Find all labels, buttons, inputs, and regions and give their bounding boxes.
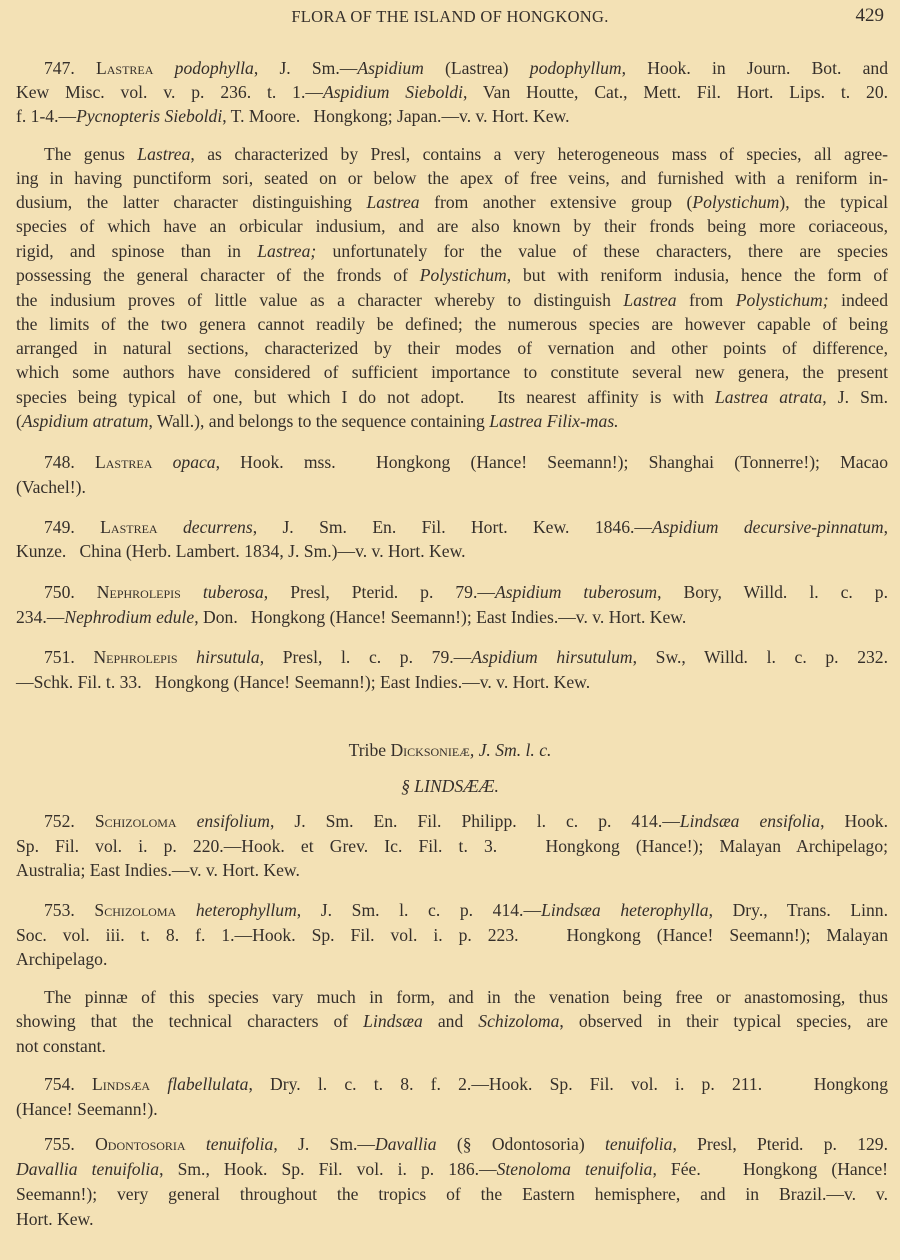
text-line: dusium, the latter character distinguish… [16,191,888,213]
text-line: 755. Odontosoria tenuifolia, J. Sm.—Dava… [44,1133,888,1155]
text-line: Soc. vol. iii. t. 8. f. 1.—Hook. Sp. Fil… [16,924,888,946]
book-page: FLORA OF THE ISLAND OF HONGKONG. 429 747… [0,0,900,1260]
text-line: arranged in natural sections, characteri… [16,337,888,359]
text-line: the indusium proves of little value as a… [16,289,888,311]
text-line: 747. Lastrea podophylla, J. Sm.—Aspidium… [44,57,888,79]
running-title: FLORA OF THE ISLAND OF HONGKONG. [0,7,900,27]
text-line: possessing the general character of the … [16,264,888,286]
text-line: (Vachel!). [16,476,888,498]
text-line: Hort. Kew. [16,1208,888,1230]
text-line: 751. Nephrolepis hirsutula, Presl, l. c.… [44,646,888,668]
text-line: not constant. [16,1035,888,1057]
text-line: (Aspidium atratum, Wall.), and belongs t… [16,410,888,432]
page-number: 429 [856,5,885,27]
text-line: (Hance! Seemann!). [16,1098,888,1120]
tribe-heading: Tribe Dicksonieæ, J. Sm. l. c. [0,740,900,761]
text-line: ing in having punctiform sori, seated on… [16,167,888,189]
text-line: The genus Lastrea, as characterized by P… [44,143,888,165]
section-heading-text: § LINDSÆÆ. [401,776,499,796]
text-line: Archipelago. [16,948,888,970]
section-heading: § LINDSÆÆ. [0,776,900,797]
text-line: Davallia tenuifolia, Sm., Hook. Sp. Fil.… [16,1158,888,1180]
text-line: The pinnæ of this species vary much in f… [44,986,888,1008]
text-line: Australia; East Indies.—v. v. Hort. Kew. [16,859,888,881]
text-line: rigid, and spinose than in Lastrea; unfo… [16,240,888,262]
text-line: f. 1-4.—Pycnopteris Sieboldi, T. Moore. … [16,105,888,127]
tribe-suffix: , J. Sm. l. c. [470,740,552,760]
text-line: Seemann!); very general throughout the t… [16,1183,888,1205]
text-line: which some authors have considered of su… [16,361,888,383]
text-line: 749. Lastrea decurrens, J. Sm. En. Fil. … [44,516,888,538]
text-line: species being typical of one, but which … [16,386,888,408]
text-line: Sp. Fil. vol. i. p. 220.—Hook. et Grev. … [16,835,888,857]
text-line: 752. Schizoloma ensifolium, J. Sm. En. F… [44,810,888,832]
text-line: 748. Lastrea opaca, Hook. mss. Hongkong … [44,451,888,473]
text-line: Kew Misc. vol. v. p. 236. t. 1.—Aspidium… [16,81,888,103]
text-line: 750. Nephrolepis tuberosa, Presl, Pterid… [44,581,888,603]
tribe-name: Dicksonieæ [390,740,469,760]
text-line: the limits of the two genera cannot read… [16,313,888,335]
text-line: 234.—Nephrodium edule, Don. Hongkong (Ha… [16,606,888,628]
text-line: 754. Lindsæa flabellulata, Dry. l. c. t.… [44,1073,888,1095]
text-line: showing that the technical characters of… [16,1010,888,1032]
text-line: —Schk. Fil. t. 33. Hongkong (Hance! Seem… [16,671,888,693]
text-line: species of which have an orbicular indus… [16,215,888,237]
tribe-prefix: Tribe [349,740,391,760]
text-line: 753. Schizoloma heterophyllum, J. Sm. l.… [44,899,888,921]
text-line: Kunze. China (Herb. Lambert. 1834, J. Sm… [16,540,888,562]
